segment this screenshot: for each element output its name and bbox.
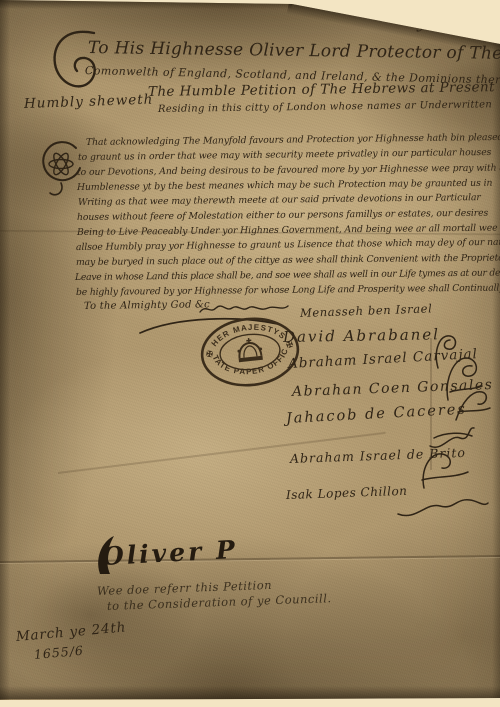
page-edge-bottom-shadow xyxy=(0,686,500,699)
petition-page: 953 To His Highnesse Oliver Lord Protect… xyxy=(0,0,500,707)
signature: David Abrabanel xyxy=(283,325,440,346)
title-line-1: The Humble Petition of The Hebrews at Pr… xyxy=(148,79,495,100)
body-line: be highly favoured by yor Highnesse for … xyxy=(76,282,500,298)
sidenote-humbly-sheweth: Humbly sheweth xyxy=(24,91,154,112)
manuscript-scan: 953 To His Highnesse Oliver Lord Protect… xyxy=(0,0,500,707)
signature: Isak Lopes Chillon xyxy=(286,484,408,502)
body-line: Humblenesse yt by the best meanes which … xyxy=(77,178,492,193)
body-line: to graunt us in order that wee may with … xyxy=(78,147,491,163)
title-line-2: Residing in this citty of London whose n… xyxy=(158,99,492,115)
state-paper-office-stamp: ✠ HER MAJESTYS ✠ STATE PAPER OFFICE xyxy=(192,309,307,396)
endorsement-signature: Oliver P xyxy=(101,535,238,571)
body-line: may be buryed in such place out of the c… xyxy=(76,252,500,268)
opening-flourish-icon xyxy=(48,26,100,98)
page-edge-top-shadow xyxy=(0,0,292,9)
body-line: Being to Live Peaceably Under yor Highne… xyxy=(77,223,498,238)
page-edge-left-shadow xyxy=(0,0,10,707)
heading-line-1: To His Highnesse Oliver Lord Protector o… xyxy=(88,38,500,64)
folio-number: 953 xyxy=(413,10,451,36)
body-line: to our Devotions, And being desirous to … xyxy=(77,162,500,178)
body-line: Writing as that wee may therewth meete a… xyxy=(78,192,481,208)
body-line: houses without feere of Molestation eith… xyxy=(77,208,488,223)
body-line: Leave in whose Land this place shall be,… xyxy=(75,267,500,283)
body-line: That acknowledging The Manyfold favours … xyxy=(86,132,500,148)
signature-paraph-icon xyxy=(418,446,470,492)
fold-crease-horizontal-lower xyxy=(0,555,500,563)
date-line-2: 1655/6 xyxy=(33,643,84,662)
body-line: allsoe Humbly pray yor Highnesse to grau… xyxy=(76,237,500,253)
body-line: To the Almighty God &c xyxy=(84,299,210,312)
date-line-1: March ye 24th xyxy=(15,619,126,645)
signature-paraph-icon xyxy=(396,494,490,522)
signature: Menasseh ben Israel xyxy=(300,301,433,320)
crown-icon xyxy=(236,337,263,362)
